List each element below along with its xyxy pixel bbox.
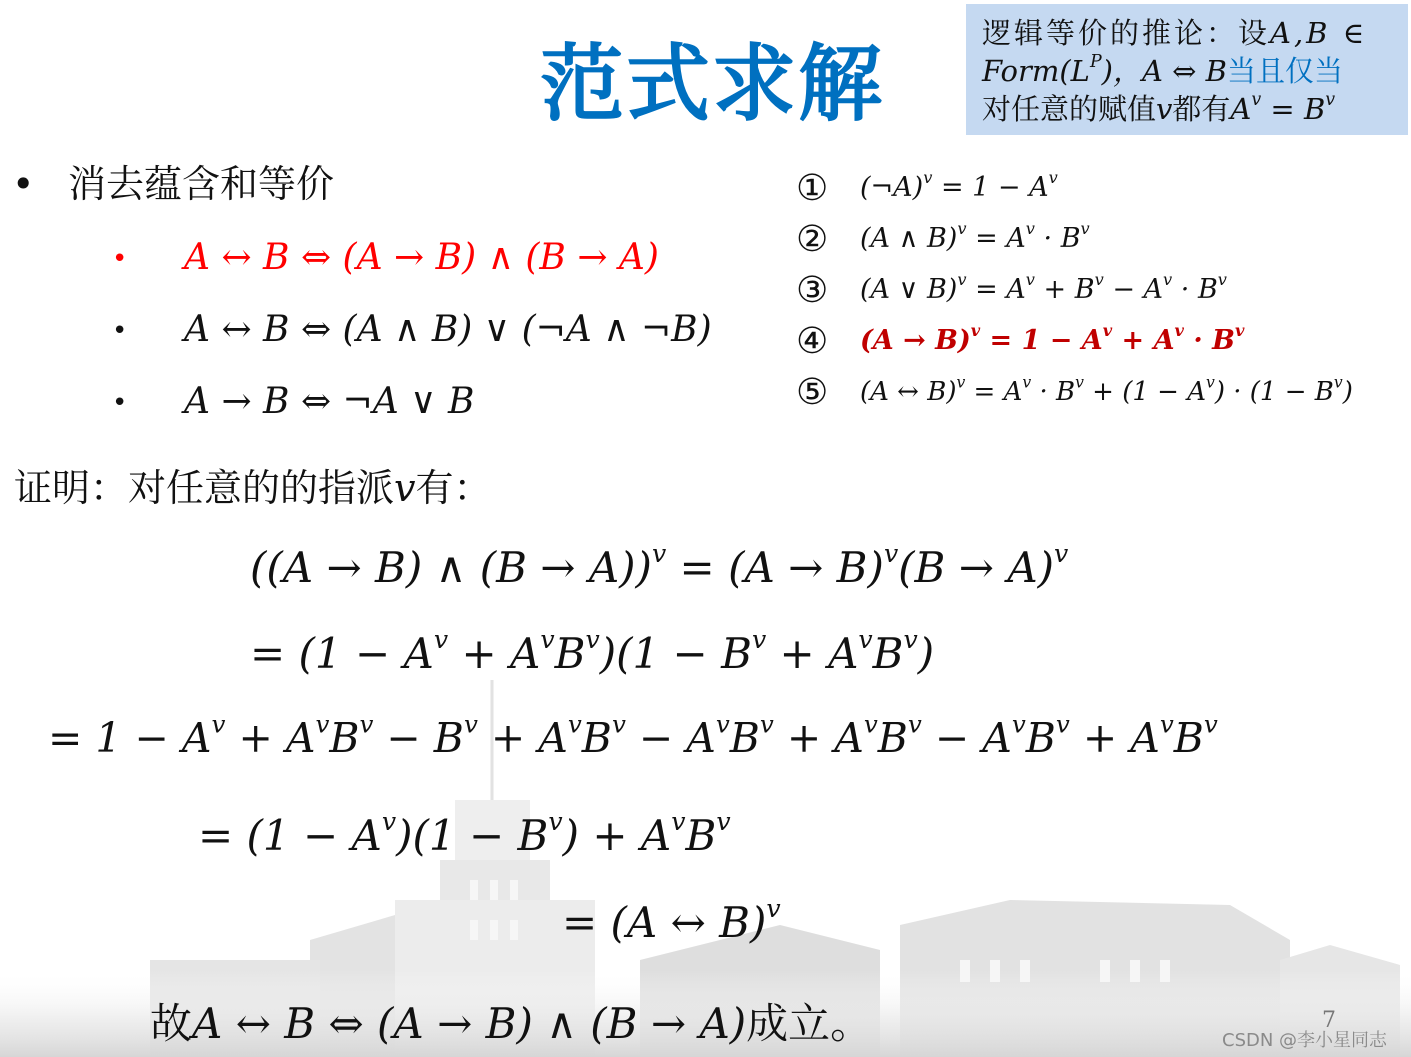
callout-sup: v [1251,90,1261,110]
slide-title: 范式求解 [540,42,884,126]
rule-term: · B [1035,223,1081,254]
slide: 范式求解 逻辑等价的推论：设A,B ∈ Form(LP)，A ⇔ B当且仅当 对… [0,0,1411,1057]
rule-term: + (1 − A [1084,377,1206,407]
rule-sup: v [1026,219,1035,238]
superscript-v: v [359,709,373,738]
rule-sup: v [1175,321,1184,340]
rule-lhs: (¬A) [860,172,923,203]
callout-line-2: Form(LP)，A ⇔ B当且仅当 [982,52,1408,90]
proof-var: v [394,466,415,510]
superscript-v: v [752,625,766,654]
rule-sup: v [1081,219,1090,238]
superscript-v: v [434,625,448,654]
superscript-v: v [464,709,478,738]
superscript-v: v [766,894,780,923]
proof-step-3: = 1 − Av + AvBv − Bv + AvBv − AvBv + AvB… [48,710,1218,766]
rule-sup: v [971,321,980,340]
superscript-v: v [315,709,329,738]
rule-sup: v [957,219,966,238]
callout-line-3: 对任意的赋值v都有Av = Bv [982,90,1408,128]
circled-number: ② [796,220,860,260]
rule-lhs: (A → B) [860,325,971,356]
bullet-icon: • [112,235,184,283]
rule-sup: v [1095,270,1104,289]
superscript-v: v [884,539,898,568]
rule-rhs: = A [967,223,1026,254]
circled-number: ⑤ [796,373,860,413]
proof-step-4: = (1 − Av)(1 − Bv) + AvBv [198,808,731,864]
callout-math: Form(L [982,54,1090,88]
rule-rhs: = 1 − A [932,172,1048,203]
callout-text: 对任意的赋值 [982,92,1156,126]
rule-term: · B [1031,377,1075,407]
rule-term: − A [1104,274,1163,305]
rule-rhs: = 1 − A [980,325,1103,356]
proof-label-text: 有： [415,466,491,510]
callout-sup: P [1090,52,1102,72]
rule-5: ⑤(A ↔ B)v = Av · Bv + (1 − Av) · (1 − Bv… [796,372,1353,413]
superscript-v: v [612,709,626,738]
sub-bullet-2: •A ↔ B ⇔ (A ∧ B) ∨ (¬A ∧ ¬B) [112,306,712,355]
conclusion-formula: A ↔ B ⇔ (A → B) ∧ (B → A) [192,999,746,1048]
proof-step-5: = (A ↔ B)v [562,895,781,951]
proof-step-2: = (1 − Av + AvBv)(1 − Bv + AvBv) [250,626,934,682]
proof-label: 证明：对任意的的指派v有： [14,464,492,512]
rule-4-implication: ④(A → B)v = 1 − Av + Av · Bv [796,321,1244,362]
superscript-v: v [568,709,582,738]
rule-sup: v [1218,270,1227,289]
rule-term: ) · (1 − B [1215,377,1334,407]
rule-lhs: (A ↔ B) [860,377,956,407]
formula: A ↔ B ⇔ (A ∧ B) ∨ (¬A ∧ ¬B) [184,309,712,350]
superscript-v: v [585,625,599,654]
callout-math: )，A ⇔ B [1102,54,1227,88]
rule-1: ①(¬A)v = 1 − Av [796,168,1058,209]
rule-lhs: (A ∧ B) [860,223,957,254]
rule-sup: v [1022,374,1031,392]
rule-sup: v [1075,374,1084,392]
circled-number: ④ [796,322,860,362]
rule-sup: v [1026,270,1035,289]
callout-line-1: 逻辑等价的推论：设A,B ∈ [982,14,1408,52]
superscript-v: v [864,709,878,738]
rule-2: ②(A ∧ B)v = Av · Bv [796,219,1090,260]
bullet-icon: • [112,379,184,427]
superscript-v: v [382,807,396,836]
main-bullet-label: 消去蕴含和等价 [68,162,334,206]
equivalence-callout: 逻辑等价的推论：设A,B ∈ Form(LP)，A ⇔ B当且仅当 对任意的赋值… [966,4,1408,135]
rule-sup: v [1334,374,1343,392]
superscript-v: v [1056,709,1070,738]
proof-step-1: ((A → B) ∧ (B → A))v = (A → B)v(B → A)v [250,540,1068,596]
callout-text: 逻辑等价的推论：设 [982,16,1270,50]
callout-text: 都有 [1172,92,1230,126]
superscript-v: v [904,625,918,654]
main-bullet: •消去蕴含和等价 [12,158,334,210]
rule-term: ) [1343,377,1353,407]
callout-highlight: 当且仅当 [1227,54,1343,88]
rule-sup: v [1049,168,1058,187]
sub-bullet-1: •A ↔ B ⇔ (A → B) ∧ (B → A) [112,234,659,283]
callout-sup: v [1325,90,1335,110]
rule-sup: v [956,374,965,392]
superscript-v: v [908,709,922,738]
circled-number: ① [796,169,860,209]
formula: A → B ⇔ ¬A ∨ B [184,381,474,422]
rule-term: + B [1035,274,1095,305]
superscript-v: v [652,539,666,568]
rule-sup: v [1103,321,1112,340]
rule-sup: v [1235,321,1244,340]
rule-sup: v [957,270,966,289]
bullet-icon: • [112,307,184,355]
rule-term: + A [1112,325,1174,356]
callout-var: v [1156,92,1172,126]
conclusion-text: 故 [150,999,192,1048]
rule-sup: v [1163,270,1172,289]
sub-bullet-3: •A → B ⇔ ¬A ∨ B [112,378,474,427]
superscript-v: v [671,807,685,836]
rule-rhs: = A [967,274,1026,305]
superscript-v: v [1204,709,1218,738]
superscript-v: v [540,625,554,654]
superscript-v: v [716,709,730,738]
circled-number: ③ [796,271,860,311]
superscript-v: v [1054,539,1068,568]
csdn-watermark: CSDN @李小星同志 [1222,1026,1387,1052]
rule-sup: v [923,168,932,187]
superscript-v: v [716,807,730,836]
callout-math: A,B ∈ [1270,16,1367,50]
rule-term: · B [1172,274,1218,305]
conclusion-text: 成立。 [746,999,872,1048]
rule-sup: v [1206,374,1215,392]
bullet-icon: • [12,158,68,210]
superscript-v: v [760,709,774,738]
proof-conclusion: 故A ↔ B ⇔ (A → B) ∧ (B → A)成立。 [150,996,872,1052]
formula: A ↔ B ⇔ (A → B) ∧ (B → A) [184,237,659,278]
rule-3: ③(A ∨ B)v = Av + Bv − Av · Bv [796,270,1227,311]
superscript-v: v [212,709,226,738]
superscript-v: v [1160,709,1174,738]
rule-lhs: (A ∨ B) [860,274,957,305]
superscript-v: v [1012,709,1026,738]
rule-rhs: = A [965,377,1022,407]
superscript-v: v [858,625,872,654]
rule-term: · B [1184,325,1235,356]
callout-math: A [1230,92,1251,126]
proof-label-text: 证明：对任意的的指派 [14,466,394,510]
superscript-v: v [548,807,562,836]
callout-math: = B [1261,92,1325,126]
